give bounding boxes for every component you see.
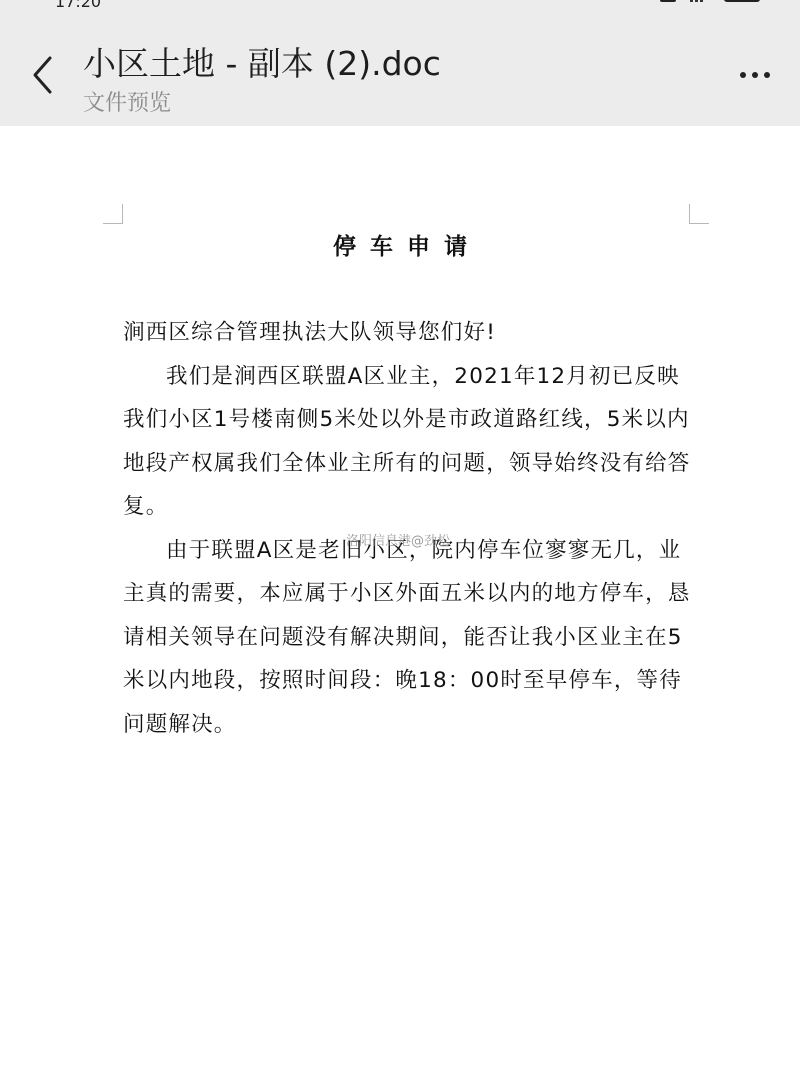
document-preview[interactable]: 停车申请 涧西区综合管理执法大队领导您们好! 我们是涧西区联盟A区业主，2021…: [0, 126, 800, 1077]
page-corner-mark-left: [103, 204, 123, 224]
more-options-button[interactable]: [730, 60, 780, 90]
more-dot-icon: [752, 72, 758, 78]
status-icons: [660, 0, 760, 2]
status-bar: 17:20: [0, 0, 800, 20]
watermark: 洛阳信息港@劲松: [346, 530, 450, 549]
more-dot-icon: [740, 72, 746, 78]
battery-icon: [724, 0, 760, 2]
greeting-line: 涧西区综合管理执法大队领导您们好!: [123, 311, 693, 355]
more-dot-icon: [764, 72, 770, 78]
chevron-left-icon: [30, 55, 54, 95]
signal-icon: [690, 0, 710, 2]
paragraph: 我们是涧西区联盟A区业主，2021年12月初已反映我们小区1号楼南侧5米处以外是…: [123, 355, 693, 529]
back-button[interactable]: [22, 50, 62, 100]
notification-icon: [660, 0, 676, 2]
page-corner-mark-right: [689, 204, 709, 224]
status-time: 17:20: [55, 0, 101, 11]
file-subtitle: 文件预览: [83, 86, 171, 117]
app-header: 小区土地 - 副本 (2).doc 文件预览: [0, 20, 800, 126]
file-title: 小区土地 - 副本 (2).doc: [83, 38, 441, 85]
document-title: 停车申请: [0, 228, 800, 261]
document-body: 涧西区综合管理执法大队领导您们好! 我们是涧西区联盟A区业主，2021年12月初…: [123, 311, 693, 746]
paragraph: 由于联盟A区是老旧小区，院内停车位寥寥无几，业主真的需要，本应属于小区外面五米以…: [123, 529, 693, 747]
